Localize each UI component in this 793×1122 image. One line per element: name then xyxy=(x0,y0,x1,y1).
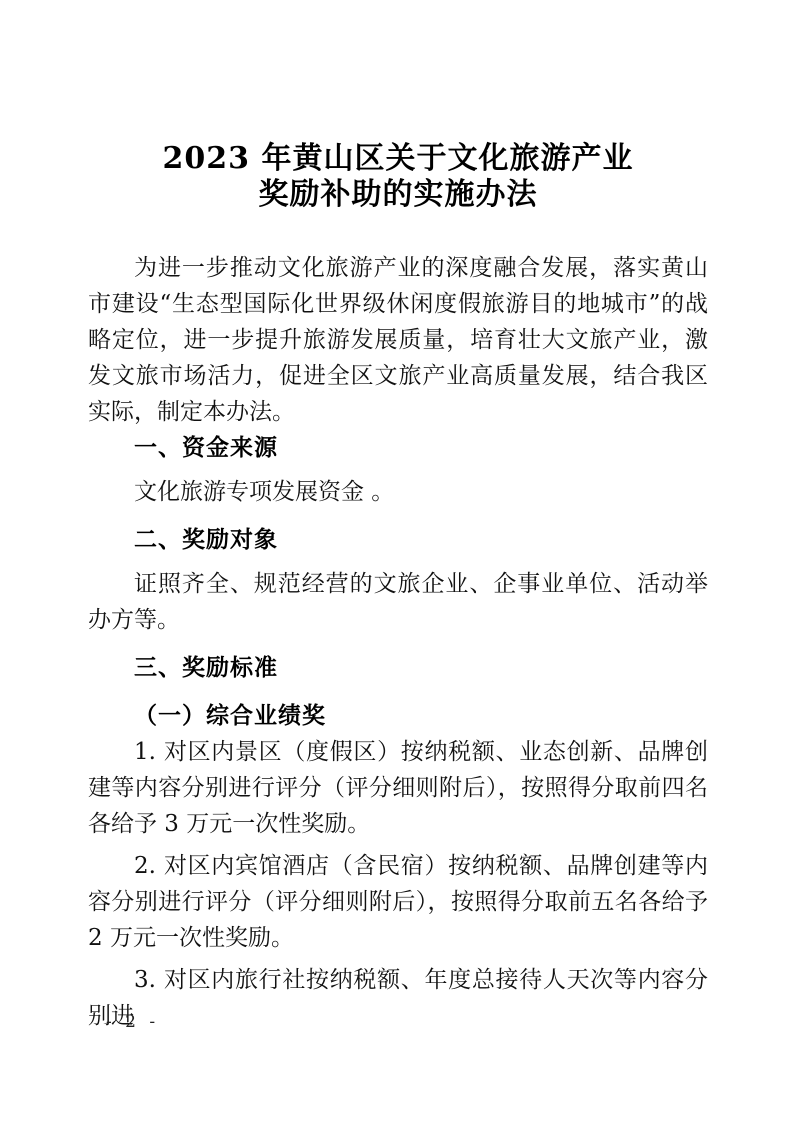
document-title-line-2: 奖励补助的实施办法 xyxy=(88,177,708,213)
intro-paragraph: 为进一步推动文化旅游产业的深度融合发展，落实黄山市建设“生态型国际化世界级休闲度… xyxy=(88,250,708,430)
reward-item-2-hotels: 2. 对区内宾馆酒店（含民宿）按纳税额、品牌创建等内容分别进行评分（评分细则附后… xyxy=(88,848,708,956)
page-number: - 2 - xyxy=(106,1010,159,1034)
reward-item-3-travel-agencies: 3. 对区内旅行社按纳税额、年度总接待人天次等内容分别进 xyxy=(88,962,708,1034)
document-page: 2023 年黄山区关于文化旅游产业 奖励补助的实施办法 为进一步推动文化旅游产业… xyxy=(0,0,793,1122)
reward-item-1-scenic-areas: 1. 对区内景区（度假区）按纳税额、业态创新、品牌创建等内容分别进行评分（评分细… xyxy=(88,734,708,842)
document-title-line-1: 2023 年黄山区关于文化旅游产业 xyxy=(88,141,708,177)
document-content: 2023 年黄山区关于文化旅游产业 奖励补助的实施办法 为进一步推动文化旅游产业… xyxy=(88,141,708,1034)
section-heading-funding-source: 一、资金来源 xyxy=(88,430,708,466)
section-heading-reward-targets: 二、奖励对象 xyxy=(88,522,708,558)
section-body-reward-targets: 证照齐全、规范经营的文旅企业、企事业单位、活动举办方等。 xyxy=(88,566,708,638)
section-body-funding-source: 文化旅游专项发展资金 。 xyxy=(88,474,708,510)
section-heading-reward-standards: 三、奖励标准 xyxy=(88,650,708,686)
subsection-heading-comprehensive-performance-award: （一）综合业绩奖 xyxy=(88,698,708,734)
